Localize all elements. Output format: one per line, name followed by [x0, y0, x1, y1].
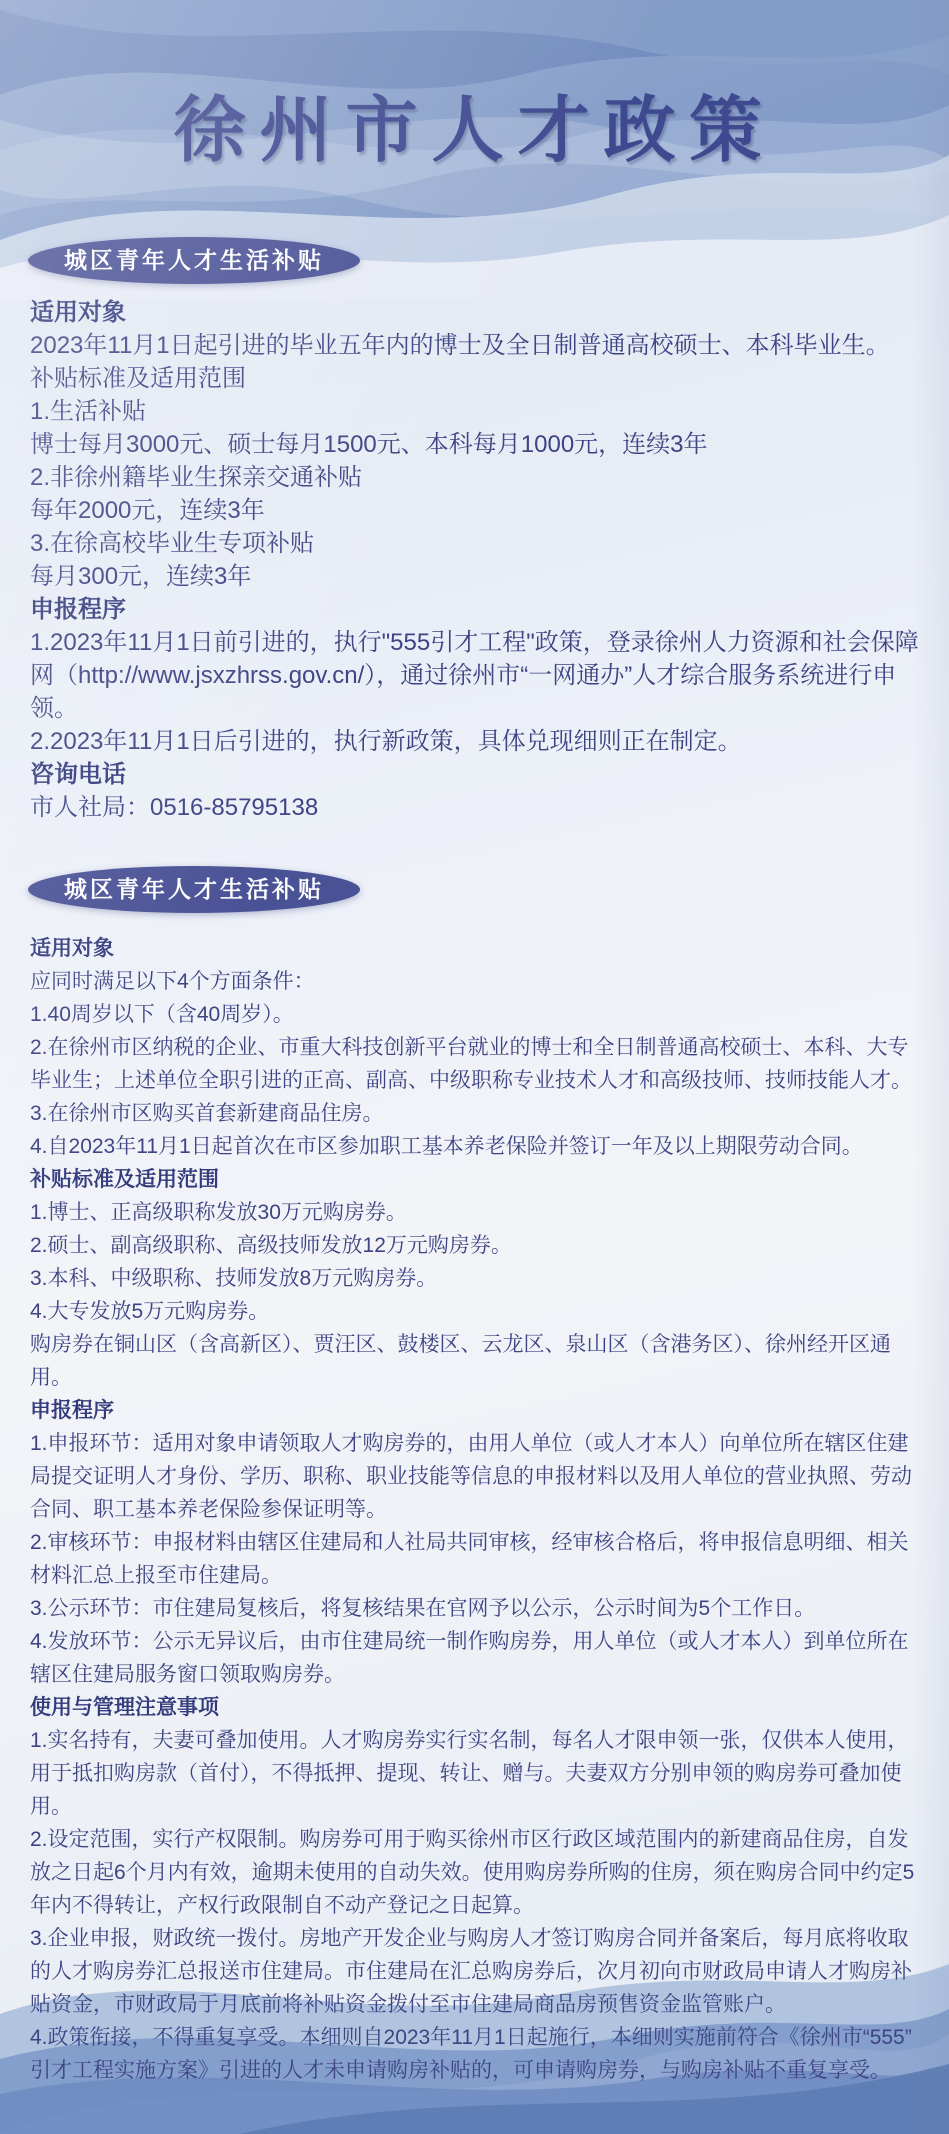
body-text-line: 3.本科、中级职称、技师发放8万元购房券。 [30, 1262, 924, 1295]
body-text-line: 1.实名持有，夫妻可叠加使用。人才购房券实行实名制，每名人才限申领一张，仅供本人… [30, 1724, 924, 1823]
body-text-line: 补贴标准及适用范围 [30, 362, 924, 395]
body-text-line: 4.政策衔接，不得重复享受。本细则自2023年11月1日起施行，本细则实施前符合… [30, 2021, 924, 2087]
body-text-line: 2.在徐州市区纳税的企业、市重大科技创新平台就业的博士和全日制普通高校硕士、本科… [30, 1031, 924, 1097]
body-text-line: 2.审核环节：申报材料由辖区住建局和人社局共同审核，经审核合格后，将申报信息明细… [30, 1526, 924, 1592]
body-text-line: 应同时满足以下4个方面条件： [30, 965, 924, 998]
body-text-line: 3.在徐州市区购买首套新建商品住房。 [30, 1097, 924, 1130]
section-2-body: 适用对象应同时满足以下4个方面条件：1.40周岁以下（含40周岁）。2.在徐州市… [30, 932, 924, 2087]
body-text-line: 购房券在铜山区（含高新区）、贾汪区、鼓楼区、云龙区、泉山区（含港务区）、徐州经开… [30, 1328, 924, 1394]
body-text-line: 2.硕士、副高级职称、高级技师发放12万元购房券。 [30, 1229, 924, 1262]
section-subheading: 适用对象 [30, 296, 924, 329]
body-text-line: 3.在徐高校毕业生专项补贴 [30, 527, 924, 560]
body-text-line: 2.2023年11月1日后引进的，执行新政策，具体兑现细则正在制定。 [30, 725, 924, 758]
body-text-line: 4.发放环节：公示无异议后，由市住建局统一制作购房券，用人单位（或人才本人）到单… [30, 1625, 924, 1691]
body-text-line: 2023年11月1日起引进的毕业五年内的博士及全日制普通高校硕士、本科毕业生。 [30, 329, 924, 362]
section-subheading: 适用对象 [30, 932, 924, 965]
body-text-line: 每月300元，连续3年 [30, 560, 924, 593]
body-text-line: 1.博士、正高级职称发放30万元购房券。 [30, 1196, 924, 1229]
body-text-line: 3.公示环节：市住建局复核后，将复核结果在官网予以公示，公示时间为5个工作日。 [30, 1592, 924, 1625]
section-living-subsidy: 城区青年人才生活补贴 适用对象2023年11月1日起引进的毕业五年内的博士及全日… [0, 237, 949, 824]
talent-policy-poster: 徐州市人才政策 城区青年人才生活补贴 适用对象2023年11月1日起引进的毕业五… [0, 0, 949, 2134]
body-text-line: 2.设定范围，实行产权限制。购房券可用于购买徐州市区行政区域范围内的新建商品住房… [30, 1823, 924, 1922]
body-text-line: 2.非徐州籍毕业生探亲交通补贴 [30, 461, 924, 494]
section-subheading: 咨询电话 [30, 758, 924, 791]
section-subheading: 申报程序 [30, 1394, 924, 1427]
section-2-header-badge: 城区青年人才生活补贴 [28, 866, 360, 913]
section-subheading: 申报程序 [30, 593, 924, 626]
body-text-line: 1.40周岁以下（含40周岁）。 [30, 998, 924, 1031]
body-text-line: 4.大专发放5万元购房券。 [30, 1295, 924, 1328]
section-subheading: 补贴标准及适用范围 [30, 1163, 924, 1196]
section-1-body: 适用对象2023年11月1日起引进的毕业五年内的博士及全日制普通高校硕士、本科毕… [30, 296, 924, 824]
body-text-line: 1.生活补贴 [30, 395, 924, 428]
body-text-line: 4.自2023年11月1日起首次在市区参加职工基本养老保险并签订一年及以上期限劳… [30, 1130, 924, 1163]
body-text-line: 1.申报环节：适用对象申请领取人才购房券的，由用人单位（或人才本人）向单位所在辖… [30, 1427, 924, 1526]
body-text-line: 1.2023年11月1日前引进的，执行"555引才工程"政策，登录徐州人力资源和… [30, 626, 924, 725]
body-text-line: 每年2000元，连续3年 [30, 494, 924, 527]
section-1-header-badge: 城区青年人才生活补贴 [28, 237, 360, 284]
poster-title: 徐州市人才政策 [0, 72, 949, 176]
body-text-line: 市人社局：0516-85795138 [30, 791, 924, 824]
section-housing-voucher: 城区青年人才生活补贴 适用对象应同时满足以下4个方面条件：1.40周岁以下（含4… [0, 866, 949, 2087]
section-subheading: 使用与管理注意事项 [30, 1691, 924, 1724]
body-text-line: 3.企业申报，财政统一拨付。房地产开发企业与购房人才签订购房合同并备案后，每月底… [30, 1922, 924, 2021]
body-text-line: 博士每月3000元、硕士每月1500元、本科每月1000元，连续3年 [30, 428, 924, 461]
